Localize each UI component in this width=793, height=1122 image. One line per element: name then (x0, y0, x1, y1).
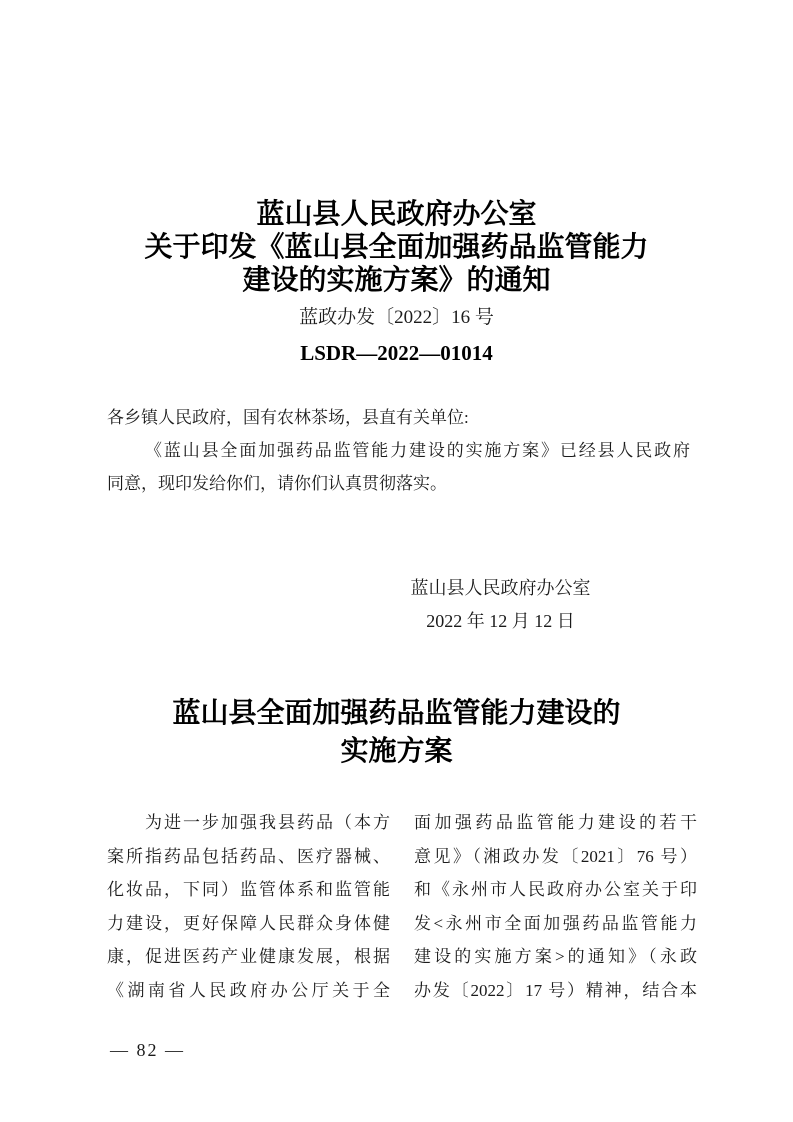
plan-body-columns: 为进一步加强我县药品（本方 案所指药品包括药品、医疗器械、 化妆品，下同）监管体… (107, 806, 697, 1007)
notice-body: 各乡镇人民政府，国有农林茶场，县直有关单位: 《蓝山县全面加强药品监管能力建设的… (107, 401, 690, 500)
plan-title: 蓝山县全面加强药品监管能力建设的 实施方案 (0, 694, 793, 770)
plan-right-column: 面加强药品监管能力建设的若干 意见》（湘政办发〔2021〕76 号） 和《永州市… (414, 806, 697, 1007)
plan-column-line: 为进一步加强我县药品（本方 (107, 806, 390, 840)
plan-column-line: 案所指药品包括药品、医疗器械、 (107, 840, 390, 874)
notice-title-line: 建设的实施方案》的通知 (0, 263, 793, 296)
signature-block: 蓝山县人民政府办公室 2022 年 12 月 12 日 (398, 572, 603, 638)
plan-left-column: 为进一步加强我县药品（本方 案所指药品包括药品、医疗器械、 化妆品，下同）监管体… (107, 806, 390, 1007)
signature-date: 2022 年 12 月 12 日 (398, 605, 603, 638)
plan-column-line: 康，促进医药产业健康发展，根据 (107, 940, 390, 974)
plan-column-line: 发<永州市全面加强药品监管能力 (414, 907, 697, 941)
plan-column-line: 办发〔2022〕17 号）精神，结合本 (414, 974, 697, 1008)
notice-title: 蓝山县人民政府办公室 关于印发《蓝山县全面加强药品监管能力 建设的实施方案》的通… (0, 197, 793, 296)
plan-column-line: 意见》（湘政办发〔2021〕76 号） (414, 840, 697, 874)
plan-column-line: 力建设，更好保障人民群众身体健 (107, 907, 390, 941)
plan-column-line: 和《永州市人民政府办公室关于印 (414, 873, 697, 907)
plan-column-line: 化妆品，下同）监管体系和监管能 (107, 873, 390, 907)
plan-column-line: 建设的实施方案>的通知》（永政 (414, 940, 697, 974)
page-number: — 82 — (110, 1040, 185, 1061)
plan-title-line: 实施方案 (0, 732, 793, 770)
notice-salutation: 各乡镇人民政府，国有农林茶场，县直有关单位: (107, 401, 690, 434)
signature-office: 蓝山县人民政府办公室 (398, 572, 603, 605)
document-number: 蓝政办发〔2022〕16 号 (0, 306, 793, 330)
notice-title-line: 关于印发《蓝山县全面加强药品监管能力 (0, 230, 793, 263)
plan-column-line: 面加强药品监管能力建设的若干 (414, 806, 697, 840)
plan-column-line: 《湖南省人民政府办公厅关于全 (107, 974, 390, 1008)
notice-body-line: 同意，现印发给你们，请你们认真贯彻落实。 (107, 467, 690, 500)
notice-body-line: 《蓝山县全面加强药品监管能力建设的实施方案》已经县人民政府 (107, 434, 690, 467)
document-archive-code: LSDR—2022—01014 (0, 340, 793, 366)
notice-title-line: 蓝山县人民政府办公室 (0, 197, 793, 230)
plan-title-line: 蓝山县全面加强药品监管能力建设的 (0, 694, 793, 732)
